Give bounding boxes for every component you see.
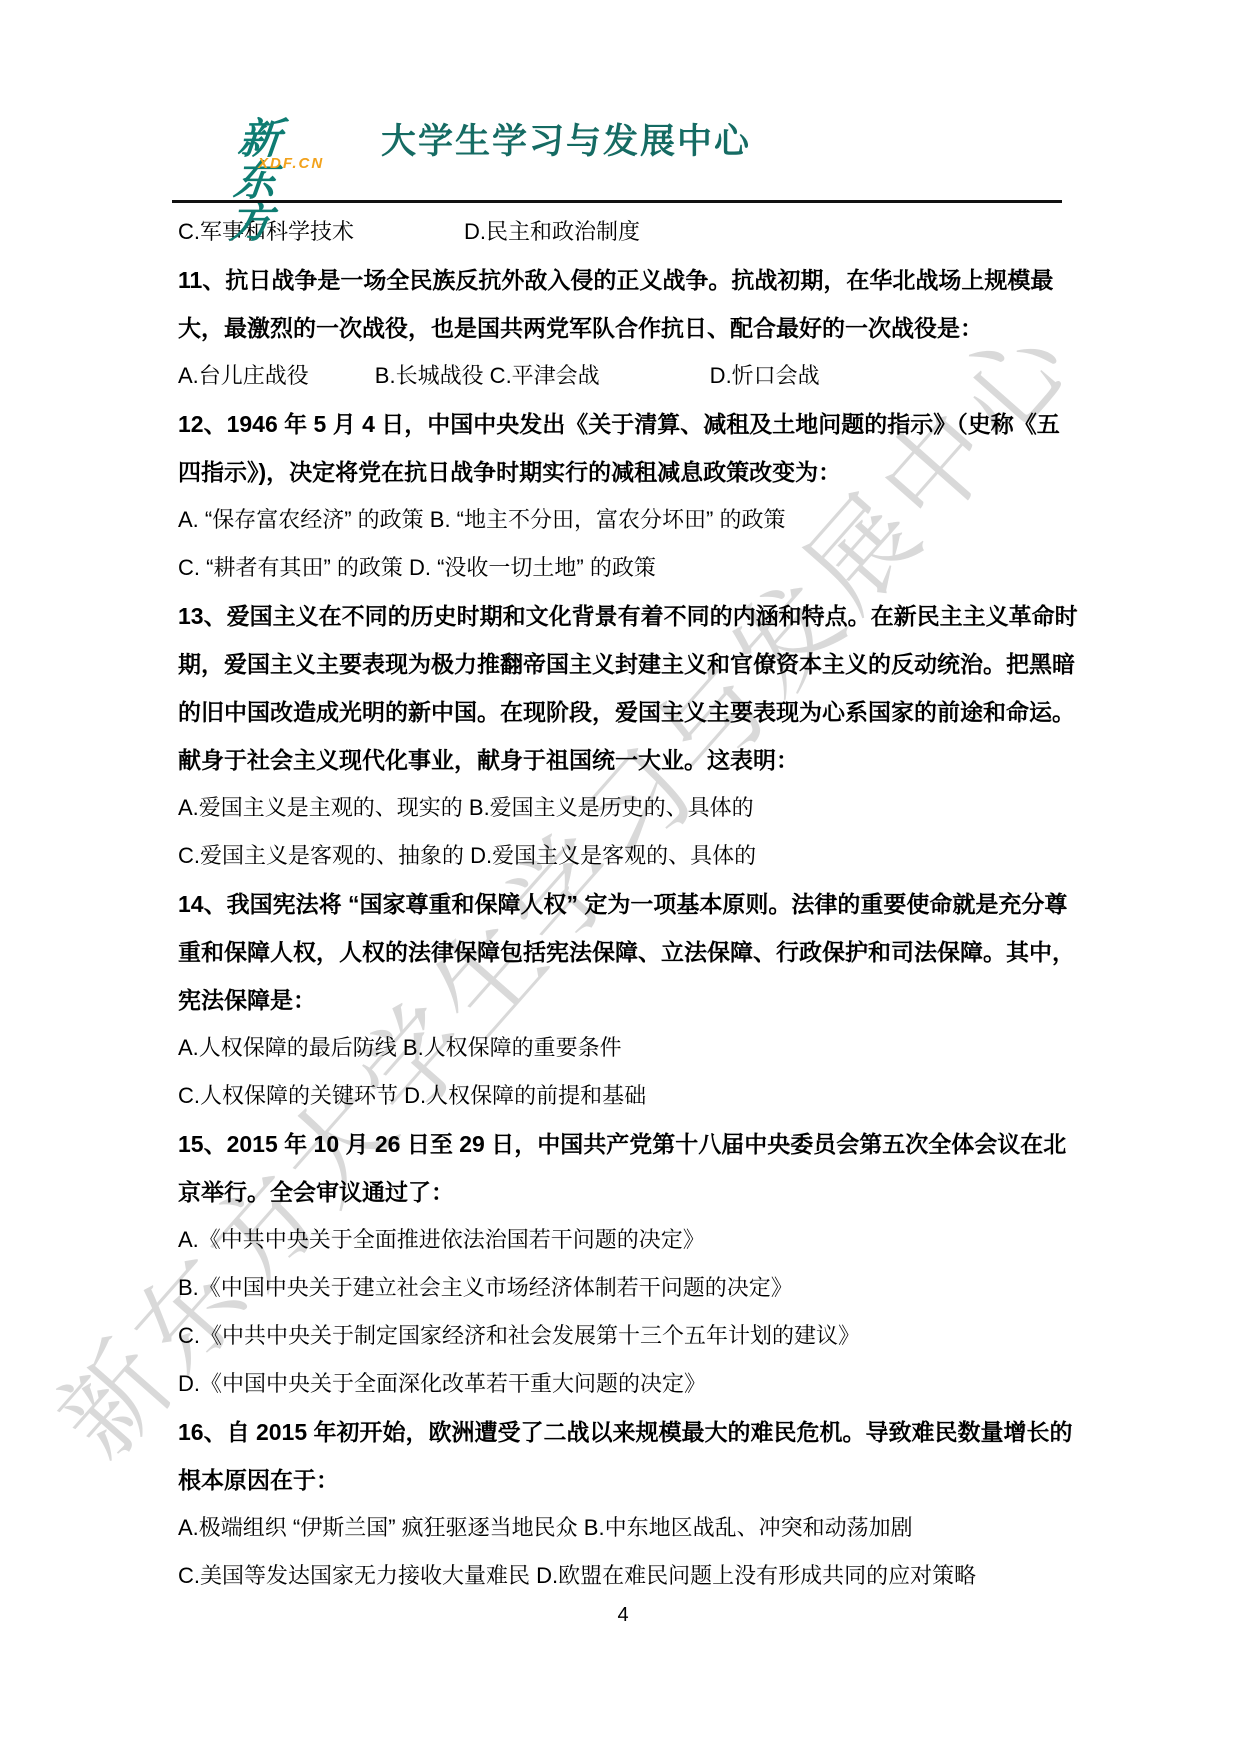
question-stem-line: 13、爱国主义在不同的历史时期和文化背景有着不同的内涵和特点。在新民主主义革命时	[178, 592, 1068, 640]
question-stem-line: 献身于社会主义现代化事业，献身于祖国统一大业。这表明：	[178, 736, 1068, 784]
question-stem-line: 16、自 2015 年初开始，欧洲遭受了二战以来规模最大的难民危机。导致难民数量…	[178, 1408, 1068, 1456]
option-line: B.《中国中央关于建立社会主义市场经济体制若干问题的决定》	[178, 1264, 1068, 1312]
option-line: A.台儿庄战役 B.长城战役 C.平津会战 D.忻口会战	[178, 352, 1068, 400]
question-stem-line: 期，爱国主义主要表现为极力推翻帝国主义封建主义和官僚资本主义的反动统治。把黑暗	[178, 640, 1068, 688]
option-line: C.美国等发达国家无力接收大量难民 D.欧盟在难民问题上没有形成共同的应对策略	[178, 1552, 1068, 1600]
question-stem-line: 京举行。全会审议通过了：	[178, 1168, 1068, 1216]
option-line: A.人权保障的最后防线 B.人权保障的重要条件	[178, 1024, 1068, 1072]
option-line: C. “耕者有其田” 的政策 D. “没收一切土地” 的政策	[178, 544, 1068, 592]
question-stem-line: 重和保障人权，人权的法律保障包括宪法保障、立法保障、行政保护和司法保障。其中，	[178, 928, 1068, 976]
option-line: A.爱国主义是主观的、现实的 B.爱国主义是历史的、具体的	[178, 784, 1068, 832]
question-stem-line: 根本原因在于：	[178, 1456, 1068, 1504]
option-line: C.爱国主义是客观的、抽象的 D.爱国主义是客观的、具体的	[178, 832, 1068, 880]
question-stem-line: 15、2015 年 10 月 26 日至 29 日，中国共产党第十八届中央委员会…	[178, 1120, 1068, 1168]
option-line: D.《中国中央关于全面深化改革若干重大问题的决定》	[178, 1360, 1068, 1408]
option-line: A.极端组织 “伊斯兰国” 疯狂驱逐当地民众 B.中东地区战乱、冲突和动荡加剧	[178, 1504, 1068, 1552]
question-stem-line: 的旧中国改造成光明的新中国。在现阶段，爱国主义主要表现为心系国家的前途和命运。	[178, 688, 1068, 736]
question-stem-line: 四指示》)，决定将党在抗日战争时期实行的减租减息政策改变为：	[178, 448, 1068, 496]
header-rule	[172, 200, 1062, 203]
question-stem-line: 大，最激烈的一次战役，也是国共两党军队合作抗日、配合最好的一次战役是：	[178, 304, 1068, 352]
option-line: C.人权保障的关键环节 D.人权保障的前提和基础	[178, 1072, 1068, 1120]
question-stem-line: 12、1946 年 5 月 4 日，中国中央发出《关于清算、减租及土地问题的指示…	[178, 400, 1068, 448]
option-line: C.《中共中央关于制定国家经济和社会发展第十三个五年计划的建议》	[178, 1312, 1068, 1360]
question-stem-line: 14、我国宪法将 “国家尊重和保障人权” 定为一项基本原则。法律的重要使命就是充…	[178, 880, 1068, 928]
center-title: 大学生学习与发展中心	[381, 124, 751, 159]
option-line: A. “保存富农经济” 的政策 B. “地主不分田，富农分坏田” 的政策	[178, 496, 1068, 544]
question-list: C.军事和科学技术 D.民主和政治制度11、抗日战争是一场全民族反抗外敌入侵的正…	[178, 208, 1068, 1600]
document-page: 新东方大学生学习与发展中心 新东方 XDF.CN 大学生学习与发展中心 C.军事…	[0, 0, 1241, 1754]
option-line: C.军事和科学技术 D.民主和政治制度	[178, 208, 1068, 256]
question-stem-line: 宪法保障是：	[178, 976, 1068, 1024]
page-number: 4	[617, 1604, 628, 1626]
page-footer: 4	[178, 1600, 1068, 1630]
option-line: A.《中共中央关于全面推进依法治国若干问题的决定》	[178, 1216, 1068, 1264]
question-stem-line: 11、抗日战争是一场全民族反抗外敌入侵的正义战争。抗战初期，在华北战场上规模最	[178, 256, 1068, 304]
xdf-logo-domain: XDF.CN	[258, 156, 324, 171]
